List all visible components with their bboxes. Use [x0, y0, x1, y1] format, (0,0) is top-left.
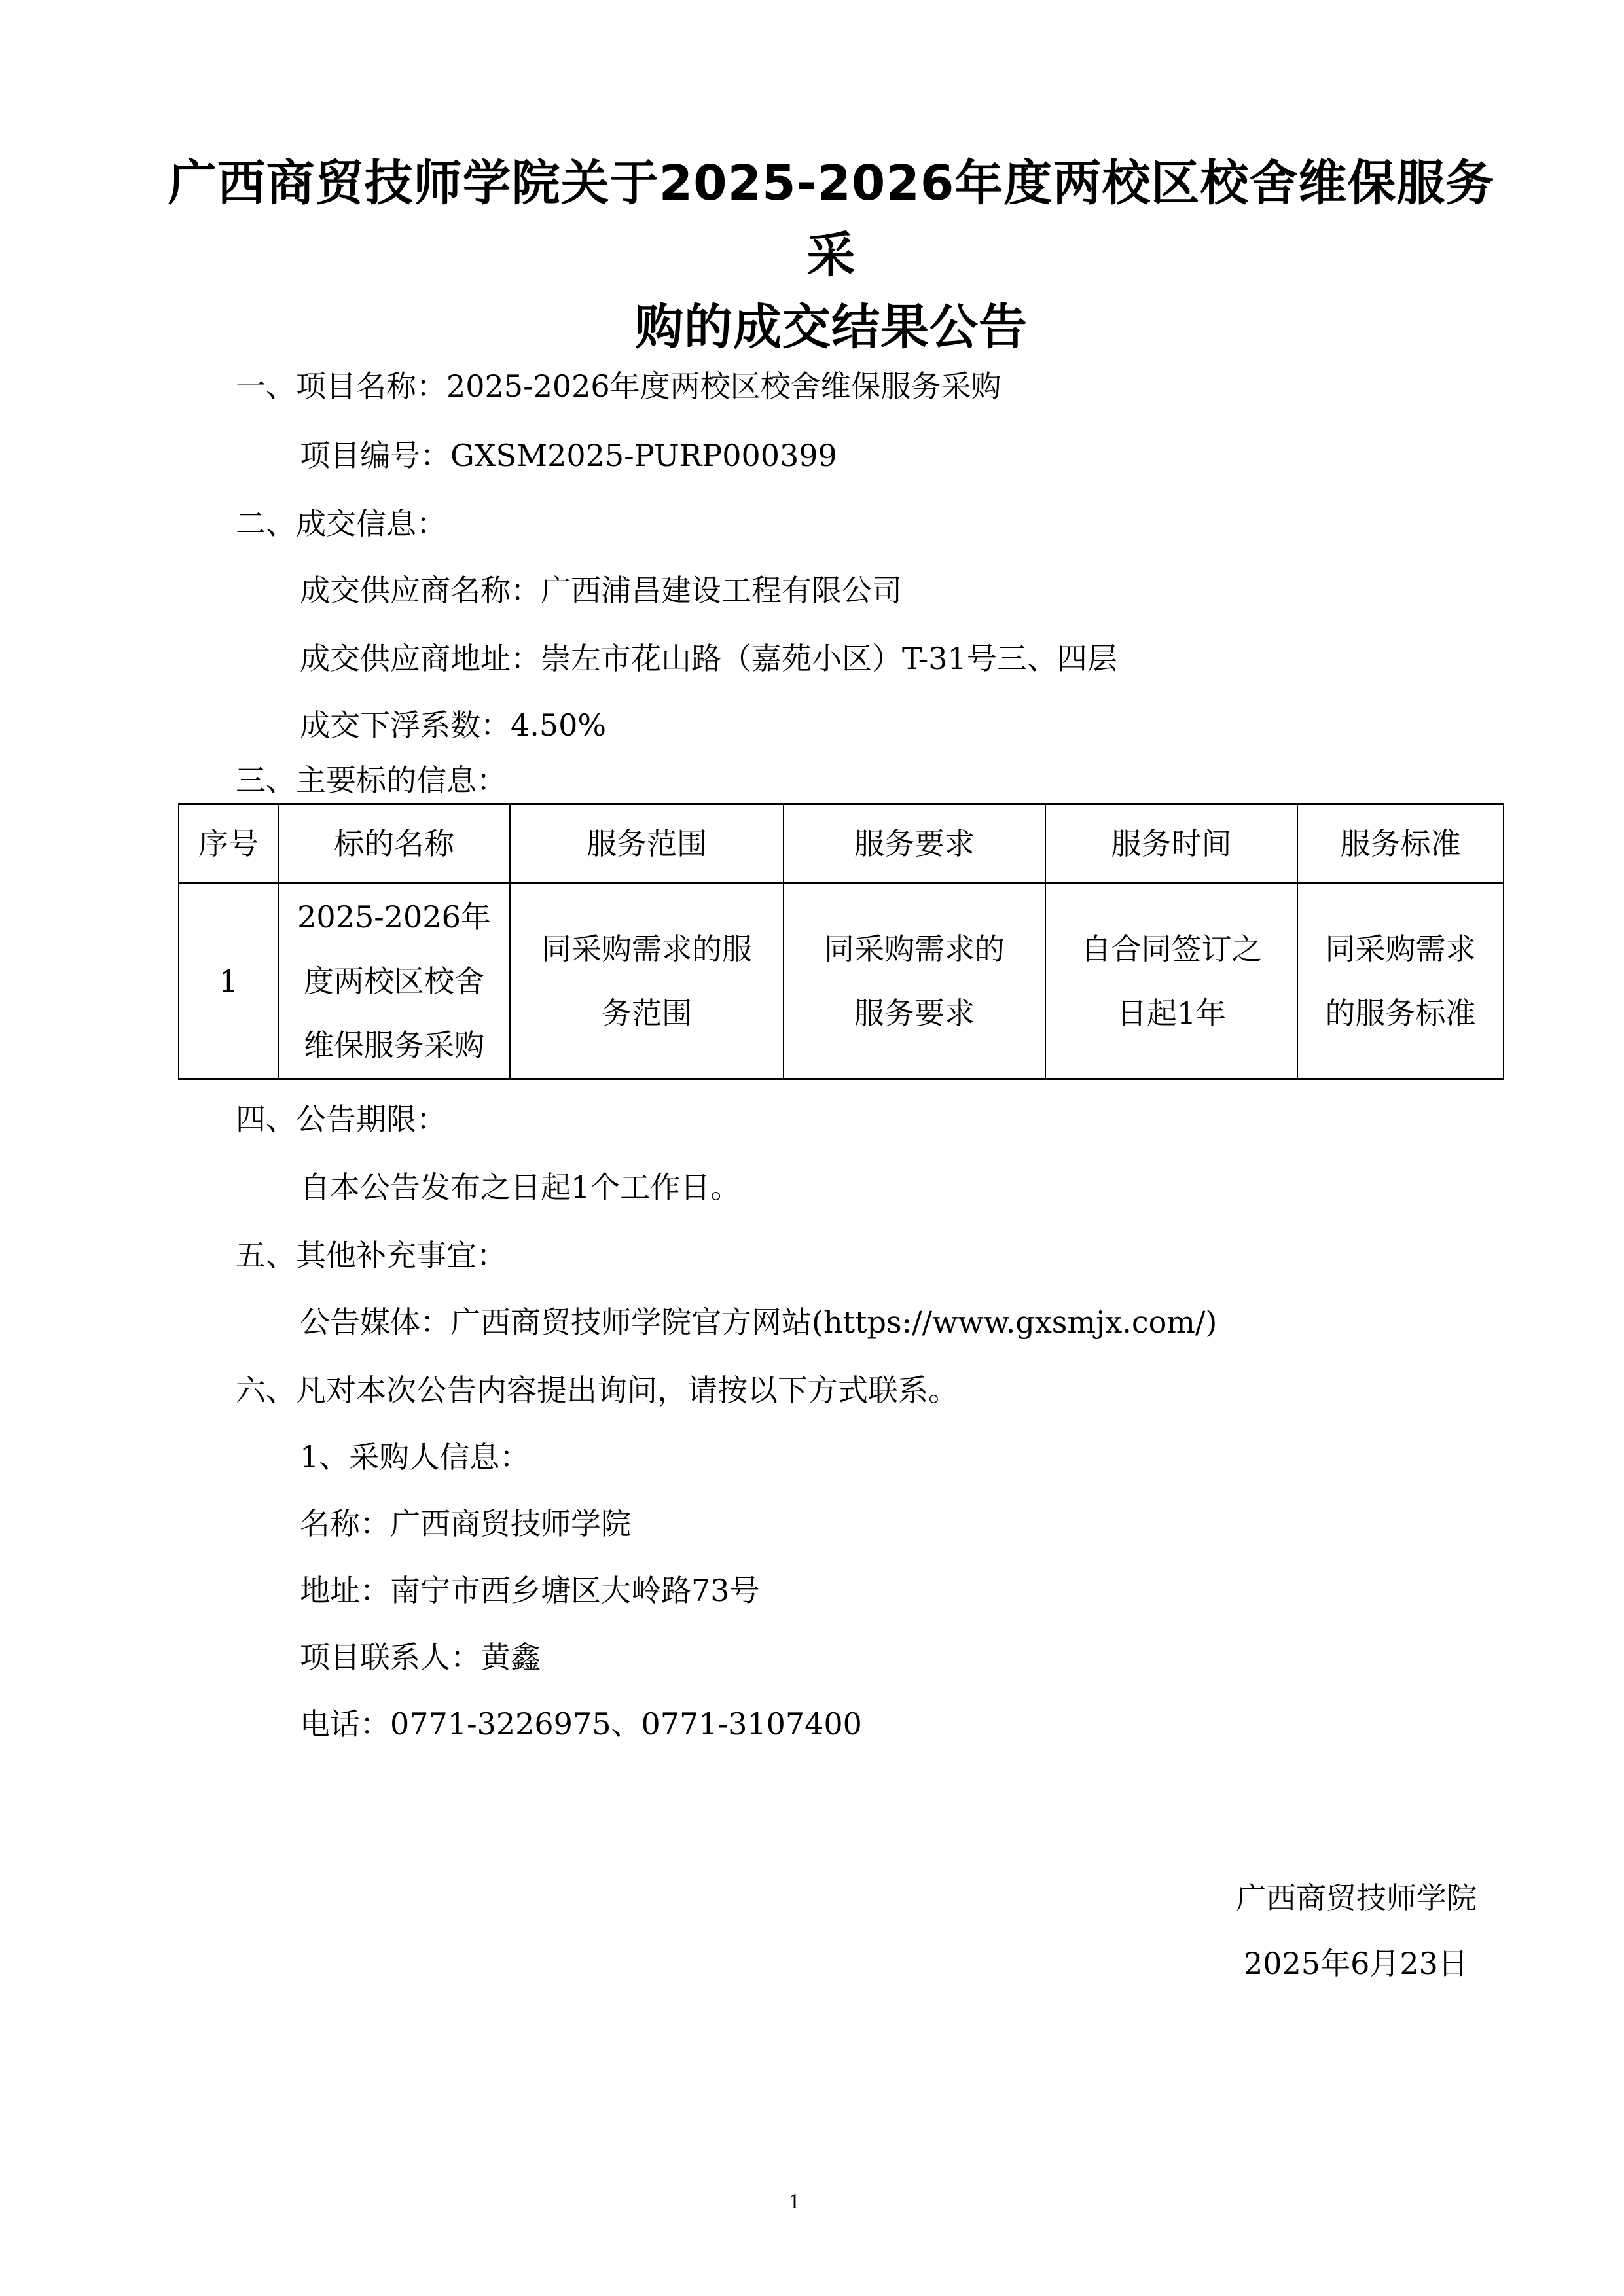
- purchaser-phone: 电话：0771-3226975、0771-3107400: [300, 1704, 862, 1744]
- table-header-row: 序号 标的名称 服务范围 服务要求 服务时间 服务标准: [179, 804, 1504, 884]
- cell-requirement-line: 服务要求: [791, 981, 1038, 1045]
- signature-date: 2025年6月23日: [1244, 1944, 1468, 1983]
- cell-name-line: 2025-2026年: [285, 885, 503, 949]
- cell-name: 2025-2026年 度两校区校舍 维保服务采购: [278, 884, 510, 1079]
- purchaser-name: 名称：广西商贸技师学院: [300, 1504, 631, 1543]
- section-2-heading: 二、成交信息：: [236, 504, 446, 543]
- cell-time-line: 自合同签订之: [1053, 917, 1290, 981]
- supplier-name: 成交供应商名称：广西浦昌建设工程有限公司: [300, 571, 902, 610]
- page-number: 1: [789, 2189, 800, 2214]
- cell-requirement: 同采购需求的 服务要求: [784, 884, 1045, 1079]
- project-number: 项目编号：GXSM2025-PURP000399: [300, 436, 837, 475]
- cell-time-line: 日起1年: [1053, 981, 1290, 1045]
- cell-requirement-line: 同采购需求的: [791, 917, 1038, 981]
- cell-time: 自合同签订之 日起1年: [1045, 884, 1297, 1079]
- cell-scope-line: 务范围: [517, 981, 776, 1045]
- signature-org: 广西商贸技师学院: [1236, 1878, 1477, 1918]
- cell-scope: 同采购需求的服 务范围: [510, 884, 784, 1079]
- cell-scope-line: 同采购需求的服: [517, 917, 776, 981]
- header-name: 标的名称: [278, 804, 510, 884]
- notice-media: 公告媒体：广西商贸技师学院官方网站(https://www.gxsmjx.com…: [300, 1302, 1217, 1342]
- cell-name-line: 度两校区校舍: [285, 949, 503, 1013]
- section-6-heading: 六、凡对本次公告内容提出询问，请按以下方式联系。: [236, 1371, 958, 1410]
- header-no: 序号: [179, 804, 278, 884]
- section-5-heading: 五、其他补充事宜：: [236, 1236, 507, 1275]
- section-4-heading: 四、公告期限：: [236, 1100, 446, 1139]
- header-requirement: 服务要求: [784, 804, 1045, 884]
- page-title: 广西商贸技师学院关于2025-2026年度两校区校舍维保服务采 购的成交结果公告: [151, 147, 1512, 363]
- section-1-heading: 一、项目名称：2025-2026年度两校区校舍维保服务采购: [236, 367, 1001, 406]
- purchaser-heading: 1、采购人信息：: [300, 1437, 530, 1477]
- discount-rate: 成交下浮系数：4.50%: [300, 706, 606, 745]
- table-row: 1 2025-2026年 度两校区校舍 维保服务采购 同采购需求的服 务范围 同…: [179, 884, 1504, 1079]
- cell-no: 1: [179, 884, 278, 1079]
- title-line-1: 广西商贸技师学院关于2025-2026年度两校区校舍维保服务采: [151, 147, 1512, 291]
- items-table: 序号 标的名称 服务范围 服务要求 服务时间 服务标准 1 2025-2026年…: [178, 803, 1504, 1080]
- purchaser-contact: 项目联系人：黄鑫: [300, 1638, 541, 1677]
- header-time: 服务时间: [1045, 804, 1297, 884]
- header-scope: 服务范围: [510, 804, 784, 884]
- notice-period: 自本公告发布之日起1个工作日。: [300, 1168, 740, 1207]
- purchaser-address: 地址：南宁市西乡塘区大岭路73号: [300, 1571, 760, 1610]
- header-standard: 服务标准: [1297, 804, 1504, 884]
- title-line-2: 购的成交结果公告: [151, 291, 1512, 363]
- cell-standard: 同采购需求 的服务标准: [1297, 884, 1504, 1079]
- section-3-heading: 三、主要标的信息：: [236, 761, 507, 800]
- cell-standard-line: 同采购需求: [1305, 917, 1496, 981]
- cell-standard-line: 的服务标准: [1305, 981, 1496, 1045]
- supplier-address: 成交供应商地址：崇左市花山路（嘉苑小区）T-31号三、四层: [300, 639, 1117, 678]
- cell-name-line: 维保服务采购: [285, 1013, 503, 1077]
